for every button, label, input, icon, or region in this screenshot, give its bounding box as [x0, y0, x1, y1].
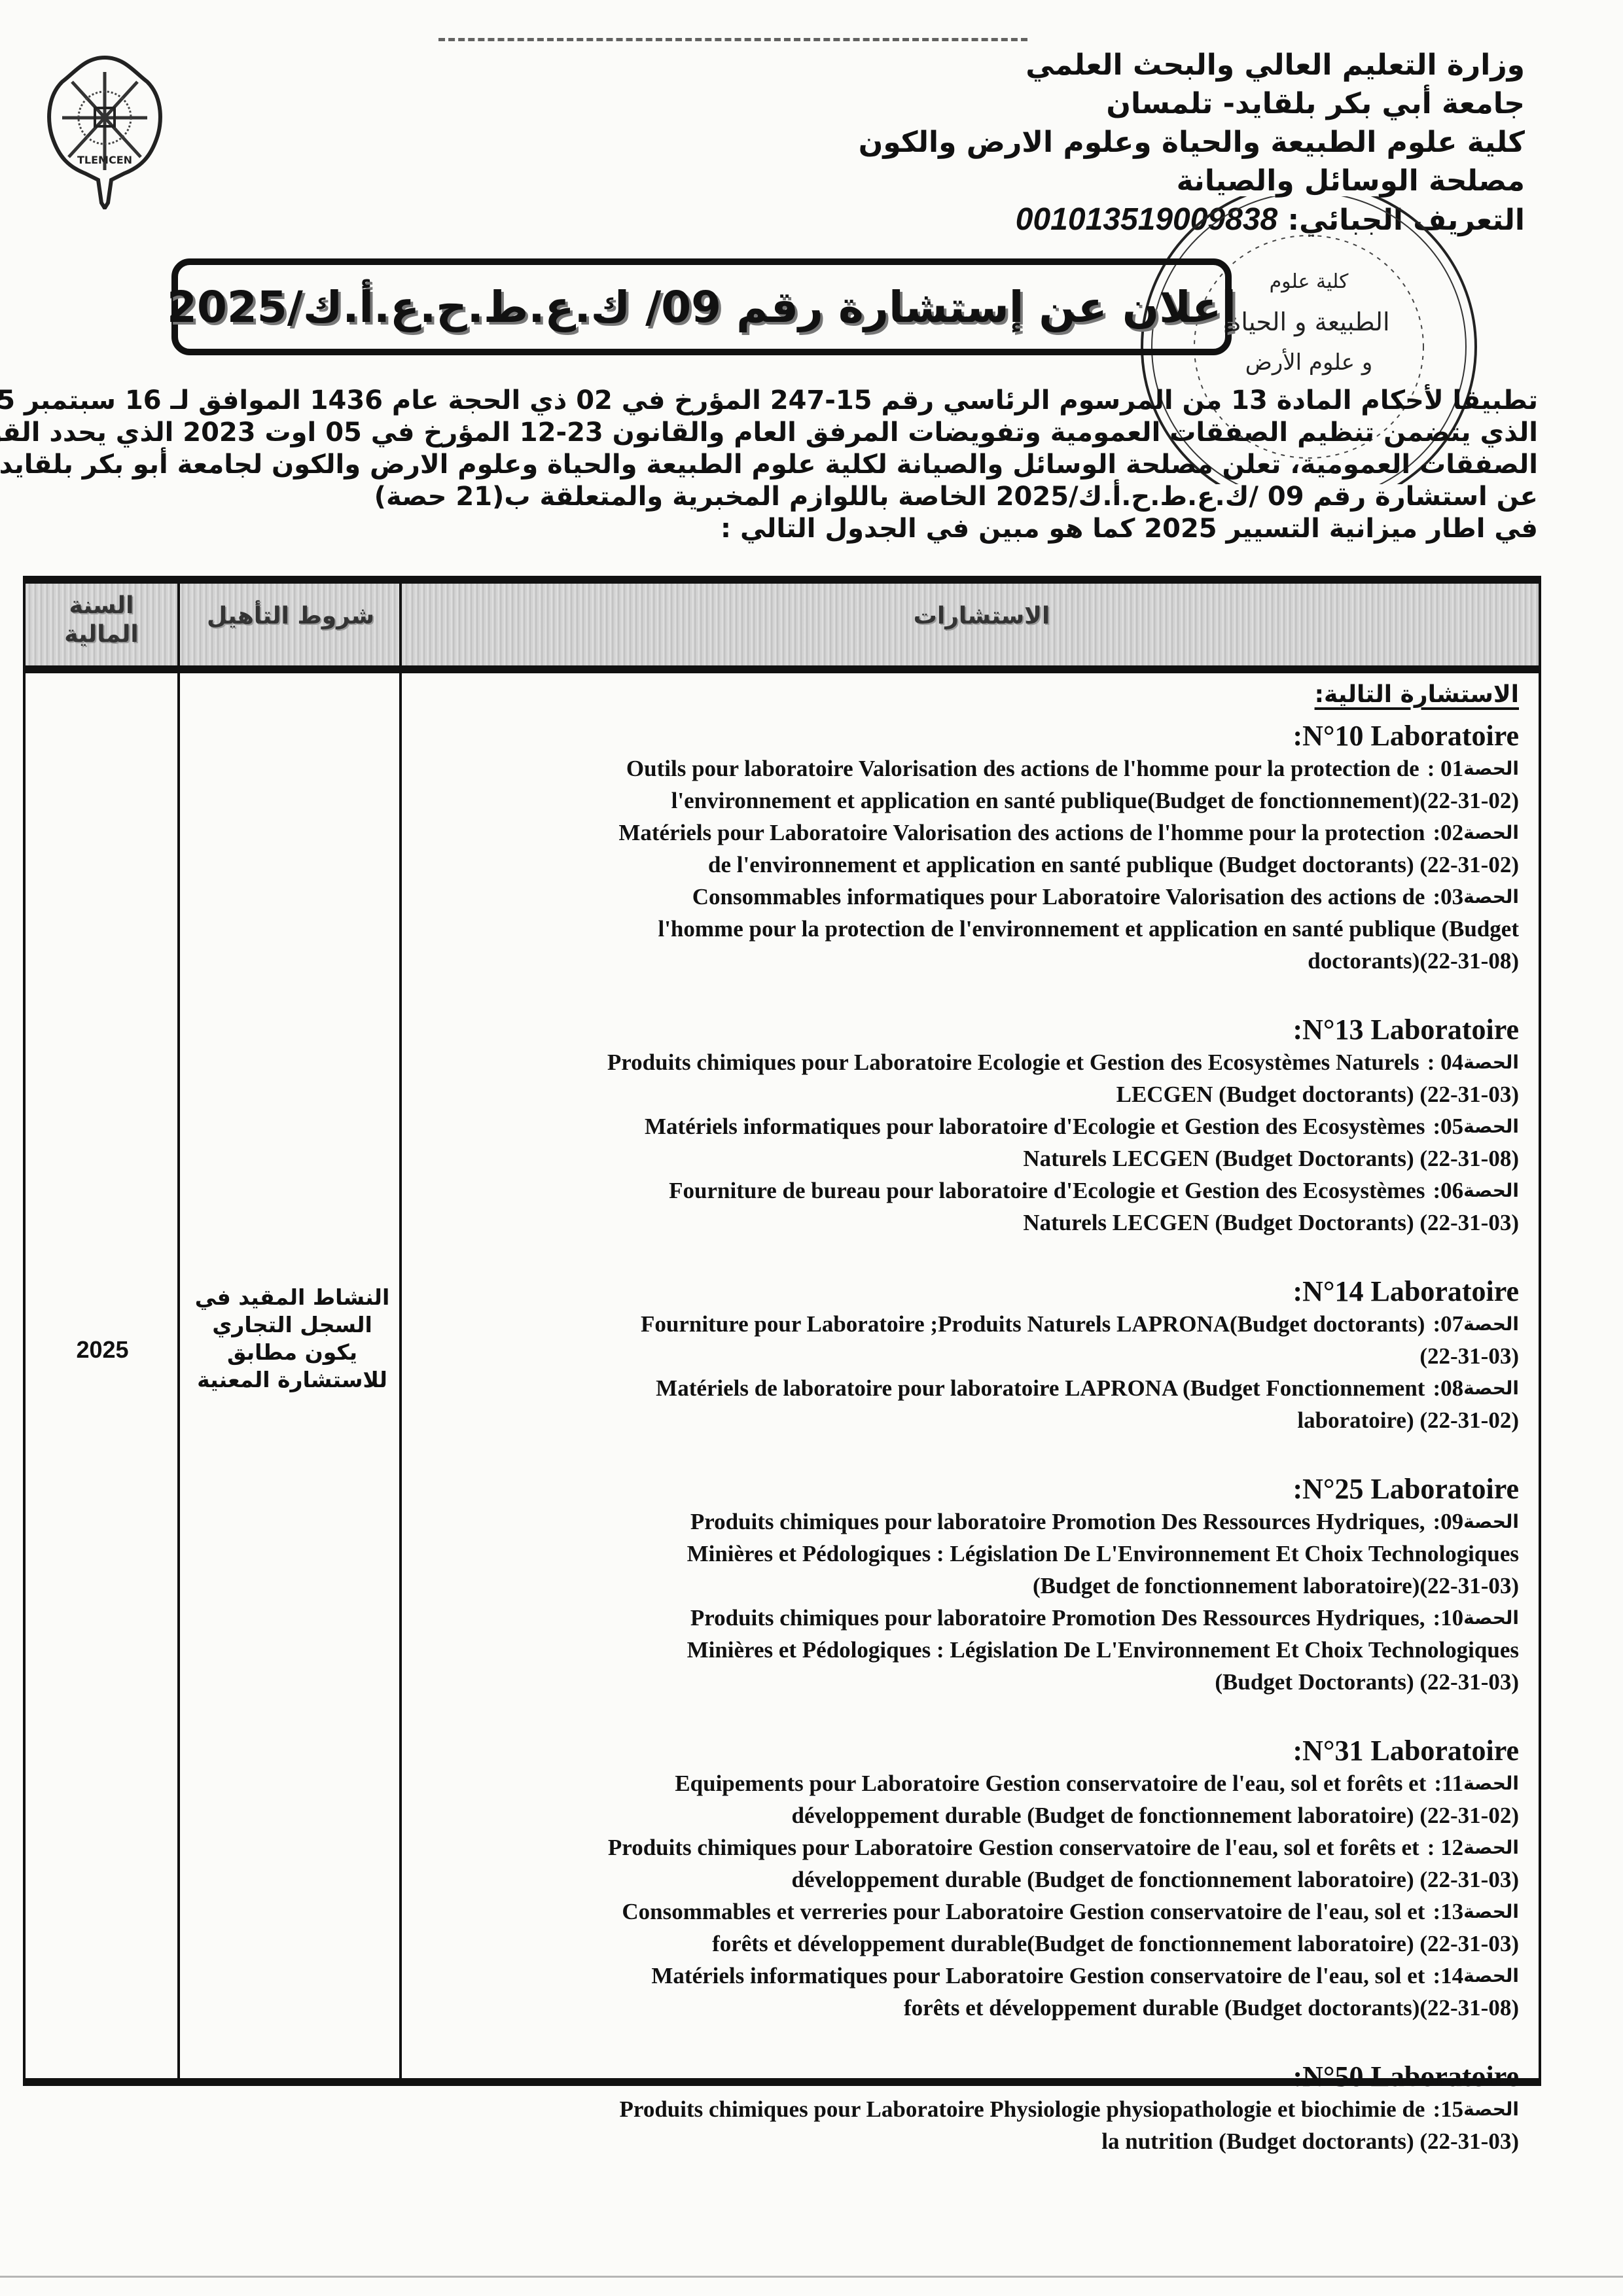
consultation-intro-label: الاستشارة التالية:: [418, 681, 1519, 708]
university-name: جامعة أبي بكر بلقايد- تلمسان: [859, 84, 1525, 123]
lot-word: الحصة: [1463, 758, 1519, 779]
header-fiscal-year: السنة المالية: [26, 592, 177, 649]
lot-line: développement durable (Budget de fonctio…: [418, 1863, 1519, 1896]
lot-text: l'environnement et application en santé …: [671, 788, 1519, 813]
lot-text: (Budget Doctorants) (22-31-03): [1215, 1669, 1519, 1695]
lot-line: Produits chimiques pour Laboratoire Phys…: [418, 2093, 1519, 2125]
lot-line: Fourniture de bureau pour laboratoire d'…: [418, 1174, 1519, 1207]
lot-line: (Budget Doctorants) (22-31-03): [418, 1666, 1519, 1698]
header-qualification: شروط التأهيل: [183, 602, 399, 631]
fiscal-year-value: 2025: [26, 1336, 179, 1364]
lot-line: Consommables informatiques pour Laborato…: [418, 881, 1519, 913]
lot-line: de l'environnement et application en san…: [418, 849, 1519, 881]
consultations-table: الاستشارات شروط التأهيل السنة المالية 20…: [23, 576, 1541, 2086]
lot-line: Produits chimiques pour laboratoire Prom…: [418, 1602, 1519, 1634]
lot-number: :08: [1433, 1375, 1463, 1401]
lot-number: :09: [1433, 1509, 1463, 1534]
lot-number: :10: [1433, 1605, 1463, 1631]
announcement-title: إعلان عن إستشارة رقم 09/ ك.ع.ط.ح.ع.أ.ك/2…: [167, 282, 1236, 332]
svg-text:و علوم الأرض: و علوم الأرض: [1245, 348, 1373, 376]
lot-text: Naturels LECGEN (Budget Doctorants) (22-…: [1023, 1146, 1519, 1171]
lot-line: Naturels LECGEN (Budget Doctorants) (22-…: [418, 1142, 1519, 1174]
lot-word: الحصة: [1463, 1773, 1519, 1794]
laboratories-list: :N°10 LaboratoireOutils pour laboratoire…: [418, 720, 1519, 2157]
lot-line: Produits chimiques pour Laboratoire Gest…: [418, 1831, 1519, 1863]
lot-text: Produits chimiques pour Laboratoire Ecol…: [607, 1050, 1419, 1075]
lot-line: LECGEN (Budget doctorants) (22-31-03): [418, 1078, 1519, 1110]
laboratory-title: :N°13 Laboratoire: [418, 1014, 1519, 1046]
lot-number: : 04: [1427, 1050, 1463, 1075]
lot-line: Outils pour laboratoire Valorisation des…: [418, 752, 1519, 785]
lot-number: : 12: [1427, 1835, 1463, 1860]
section-gap: [418, 2024, 1519, 2049]
lot-text: Equipements pour Laboratoire Gestion con…: [675, 1771, 1426, 1796]
laboratory-title: :N°14 Laboratoire: [418, 1275, 1519, 1308]
lot-number: :05: [1433, 1114, 1463, 1139]
column-divider: [177, 584, 180, 2078]
lot-text: LECGEN (Budget doctorants) (22-31-03): [1116, 1082, 1519, 1107]
lot-text: (Budget de fonctionnement laboratoire)(2…: [1033, 1573, 1519, 1598]
lot-word: الحصة: [1463, 822, 1519, 843]
lot-word: الحصة: [1463, 886, 1519, 908]
qualification-value: النشاط المقيد في السجل التجاري يكون مطاب…: [183, 1284, 402, 1394]
announcement-title-box: إعلان عن إستشارة رقم 09/ ك.ع.ط.ح.ع.أ.ك/2…: [171, 258, 1232, 355]
faculty-name: كلية علوم الطبيعة والحياة وعلوم الارض وا…: [859, 123, 1525, 162]
lot-text: Fourniture pour Laboratoire ;Produits Na…: [641, 1311, 1425, 1337]
lot-word: الحصة: [1463, 1180, 1519, 1201]
lot-text: forêts et développement durable (Budget …: [904, 1995, 1519, 2021]
intro-line: عن استشارة رقم 09 /ك.ع.ط.ح.أ.ك/2025 الخا…: [65, 481, 1538, 513]
lot-line: Equipements pour Laboratoire Gestion con…: [418, 1767, 1519, 1799]
svg-text:كلية علوم: كلية علوم: [1270, 270, 1349, 293]
lot-line: développement durable (Budget de fonctio…: [418, 1799, 1519, 1831]
lot-line: forêts et développement durable(Budget d…: [418, 1928, 1519, 1960]
lot-line: Matériels informatiques pour Laboratoire…: [418, 1960, 1519, 1992]
lot-word: الحصة: [1463, 1901, 1519, 1922]
lot-number: : 01: [1427, 756, 1463, 781]
lot-word: الحصة: [1463, 2098, 1519, 2120]
lot-word: الحصة: [1463, 1837, 1519, 1858]
consultations-content: الاستشارة التالية: :N°10 LaboratoireOuti…: [418, 673, 1519, 2157]
laboratory-title: :N°31 Laboratoire: [418, 1735, 1519, 1767]
lot-line: l'homme pour la protection de l'environn…: [418, 913, 1519, 945]
lot-word: الحصة: [1463, 1511, 1519, 1532]
lot-word: الحصة: [1463, 1051, 1519, 1073]
lot-number: :14: [1433, 1963, 1463, 1988]
lot-line: forêts et développement durable (Budget …: [418, 1992, 1519, 2024]
lot-number: :03: [1433, 884, 1463, 910]
lot-line: (Budget de fonctionnement laboratoire)(2…: [418, 1570, 1519, 1602]
lot-word: الحصة: [1463, 1607, 1519, 1629]
lot-line: (22-31-03): [418, 1340, 1519, 1372]
section-gap: [418, 1436, 1519, 1461]
lot-number: :11: [1434, 1771, 1463, 1796]
lot-text: laboratoire) (22-31-02): [1297, 1407, 1519, 1433]
lot-text: Produits chimiques pour Laboratoire Gest…: [608, 1835, 1419, 1860]
lot-line: Produits chimiques pour Laboratoire Ecol…: [418, 1046, 1519, 1078]
svg-text:الطبيعة و الحياة: الطبيعة و الحياة: [1228, 308, 1389, 337]
lot-text: de l'environnement et application en san…: [708, 852, 1519, 877]
lot-word: الحصة: [1463, 1377, 1519, 1399]
lot-line: Matériels pour Laboratoire Valorisation …: [418, 817, 1519, 849]
lot-text: Naturels LECGEN (Budget Doctorants) (22-…: [1023, 1210, 1519, 1235]
lot-line: laboratoire) (22-31-02): [418, 1404, 1519, 1436]
lot-text: (22-31-03): [1419, 1343, 1519, 1369]
lot-text: la nutrition (Budget doctorants) (22-31-…: [1101, 2128, 1519, 2154]
laboratory-title: :N°50 Laboratoire: [418, 2060, 1519, 2093]
service-name: مصلحة الوسائل والصيانة: [859, 162, 1525, 200]
lot-line: Produits chimiques pour laboratoire Prom…: [418, 1506, 1519, 1538]
lot-text: développement durable (Budget de fonctio…: [792, 1867, 1519, 1892]
lot-number: :15: [1433, 2096, 1463, 2122]
lot-text: l'homme pour la protection de l'environn…: [658, 916, 1519, 942]
lot-text: Matériels informatiques pour Laboratoire…: [651, 1963, 1425, 1988]
lot-word: الحصة: [1463, 1313, 1519, 1335]
lot-number: :02: [1433, 820, 1463, 845]
lot-line: Matériels informatiques pour laboratoire…: [418, 1110, 1519, 1142]
lot-line: la nutrition (Budget doctorants) (22-31-…: [418, 2125, 1519, 2157]
page-edge-line: [0, 2276, 1623, 2278]
lot-text: Fourniture de bureau pour laboratoire d'…: [669, 1178, 1425, 1203]
section-gap: [418, 1239, 1519, 1263]
ministry-name: وزارة التعليم العالي والبحث العلمي: [859, 46, 1525, 84]
lot-text: Consommables et verreries pour Laboratoi…: [622, 1899, 1425, 1924]
lot-text: Matériels informatiques pour laboratoire…: [645, 1114, 1425, 1139]
lot-line: Matériels de laboratoire pour laboratoir…: [418, 1372, 1519, 1404]
intro-paragraph: تطبيقا لأحكام المادة 13 من المرسوم الرئا…: [65, 385, 1538, 545]
lot-line: Minières et Pédologiques : Législation D…: [418, 1634, 1519, 1666]
university-emblem-icon: TLEMCEN: [43, 52, 167, 209]
lot-text: Minières et Pédologiques : Législation D…: [687, 1541, 1519, 1566]
laboratory-title: :N°10 Laboratoire: [418, 720, 1519, 752]
lot-text: Minières et Pédologiques : Législation D…: [687, 1637, 1519, 1663]
lot-text: Produits chimiques pour laboratoire Prom…: [690, 1605, 1425, 1631]
section-gap: [418, 1698, 1519, 1723]
lot-text: Produits chimiques pour laboratoire Prom…: [690, 1509, 1425, 1534]
lot-line: doctorants)(22-31-08): [418, 945, 1519, 977]
lot-line: Naturels LECGEN (Budget Doctorants) (22-…: [418, 1207, 1519, 1239]
lot-number: :07: [1433, 1311, 1463, 1337]
intro-line: في اطار ميزانية التسيير 2025 كما هو مبين…: [65, 513, 1538, 545]
lot-text: Outils pour laboratoire Valorisation des…: [626, 756, 1419, 781]
lot-line: Minières et Pédologiques : Législation D…: [418, 1538, 1519, 1570]
table-header: الاستشارات شروط التأهيل السنة المالية: [26, 584, 1539, 673]
lot-text: Matériels de laboratoire pour laboratoir…: [656, 1375, 1425, 1401]
lot-text: Consommables informatiques pour Laborato…: [692, 884, 1425, 910]
lot-number: :13: [1433, 1899, 1463, 1924]
intro-line: الذي يتضمن تنظيم الصفقات العمومية وتفويض…: [65, 417, 1538, 449]
intro-line: تطبيقا لأحكام المادة 13 من المرسوم الرئا…: [65, 385, 1538, 417]
lot-line: l'environnement et application en santé …: [418, 785, 1519, 817]
lot-text: Matériels pour Laboratoire Valorisation …: [618, 820, 1425, 845]
svg-text:TLEMCEN: TLEMCEN: [77, 154, 132, 166]
section-gap: [418, 977, 1519, 1002]
lot-text: Produits chimiques pour Laboratoire Phys…: [620, 2096, 1425, 2122]
lot-text: doctorants)(22-31-08): [1308, 948, 1519, 974]
laboratory-title: :N°25 Laboratoire: [418, 1473, 1519, 1506]
lot-word: الحصة: [1463, 1116, 1519, 1137]
lot-line: Consommables et verreries pour Laboratoi…: [418, 1896, 1519, 1928]
lot-line: Fourniture pour Laboratoire ;Produits Na…: [418, 1308, 1519, 1340]
lot-word: الحصة: [1463, 1965, 1519, 1987]
header-consultations: الاستشارات: [425, 602, 1539, 631]
lot-text: forêts et développement durable(Budget d…: [712, 1931, 1519, 1956]
lot-text: développement durable (Budget de fonctio…: [792, 1803, 1519, 1828]
intro-line: الصفقات العمومية، تعلن مصلحة الوسائل وال…: [65, 449, 1538, 481]
lot-number: :06: [1433, 1178, 1463, 1203]
